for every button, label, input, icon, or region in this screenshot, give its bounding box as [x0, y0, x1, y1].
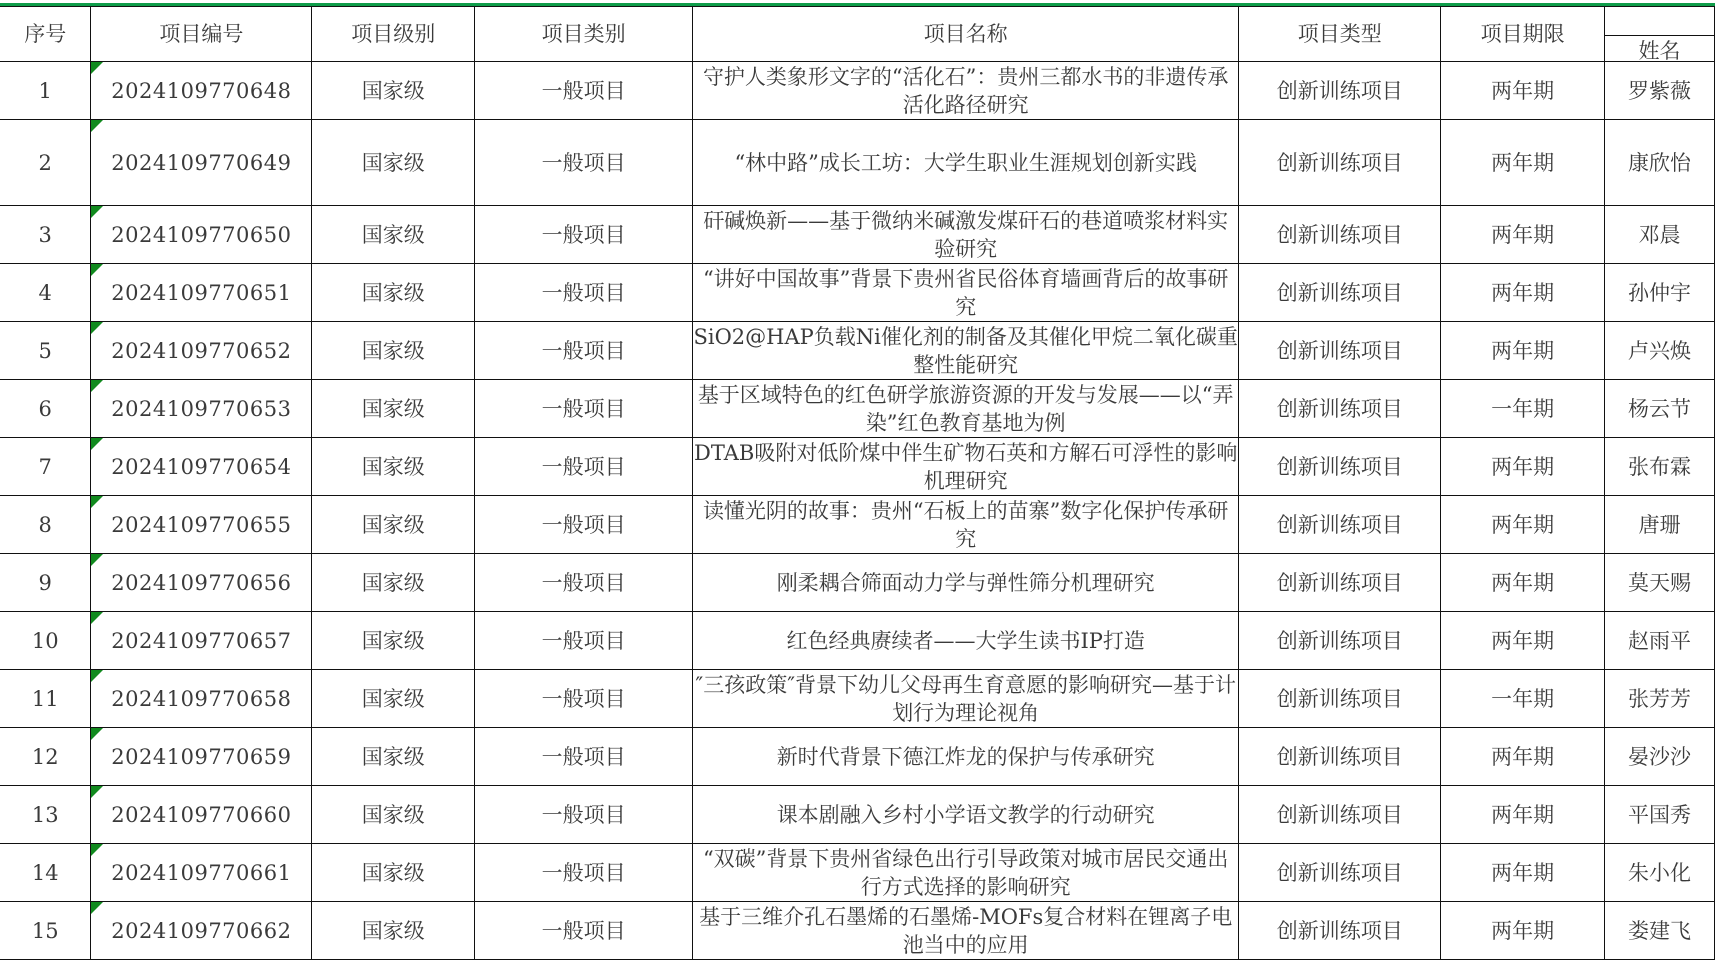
code-cell-text: 2024109770660 — [111, 803, 291, 827]
person-cell-text: 朱小化 — [1628, 861, 1691, 885]
project-name-cell[interactable]: 读懂光阴的故事：贵州“石板上的苗寨”数字化保护传承研究 — [692, 496, 1238, 554]
table-row: 102024109770657国家级一般项目红色经典赓续者——大学生读书IP打造… — [0, 612, 1715, 670]
project-name-cell[interactable]: 新时代背景下德江炸龙的保护与传承研究 — [692, 728, 1238, 786]
category-cell[interactable]: 一般项目 — [475, 264, 693, 322]
code-cell[interactable]: 2024109770651 — [91, 264, 312, 322]
comment-indicator-icon — [91, 322, 103, 334]
seq-cell-text: 2 — [39, 151, 52, 175]
comment-indicator-icon — [91, 438, 103, 450]
project-name-cell[interactable]: 课本剧融入乡村小学语文教学的行动研究 — [692, 786, 1238, 844]
project-name-cell[interactable]: 守护人类象形文字的“活化石”：贵州三都水书的非遗传承活化路径研究 — [692, 62, 1238, 120]
level-cell-text: 国家级 — [362, 281, 425, 305]
code-cell[interactable]: 2024109770655 — [91, 496, 312, 554]
seq-cell-text: 5 — [39, 339, 52, 363]
category-cell[interactable]: 一般项目 — [475, 844, 693, 902]
term-cell-text: 两年期 — [1491, 151, 1554, 175]
project-name-cell-text: 基于三维介孔石墨烯的石墨烯-MOFs复合材料在锂离子电池当中的应用 — [699, 905, 1232, 957]
level-cell[interactable]: 国家级 — [312, 438, 475, 496]
person-cell-text: 平国秀 — [1628, 803, 1691, 827]
category-cell[interactable]: 一般项目 — [475, 322, 693, 380]
seq-cell-text: 7 — [39, 455, 52, 479]
header-code[interactable]: 项目编号 — [91, 7, 312, 62]
code-cell[interactable]: 2024109770658 — [91, 670, 312, 728]
term-cell[interactable]: 一年期 — [1441, 670, 1605, 728]
comment-indicator-icon — [91, 206, 103, 218]
category-cell-text: 一般项目 — [542, 571, 626, 595]
header-person-label: 姓名 — [1605, 36, 1714, 62]
type-cell[interactable]: 创新训练项目 — [1239, 62, 1441, 120]
table-row: 32024109770650国家级一般项目矸碱焕新——基于微纳米碱激发煤矸石的巷… — [0, 206, 1715, 264]
category-cell[interactable]: 一般项目 — [475, 728, 693, 786]
table-body: 12024109770648国家级一般项目守护人类象形文字的“活化石”：贵州三都… — [0, 62, 1715, 960]
seq-cell[interactable]: 13 — [0, 786, 91, 844]
seq-cell[interactable]: 8 — [0, 496, 91, 554]
comment-indicator-icon — [91, 728, 103, 740]
category-cell[interactable]: 一般项目 — [475, 496, 693, 554]
term-cell[interactable]: 两年期 — [1441, 786, 1605, 844]
category-cell-text: 一般项目 — [542, 281, 626, 305]
seq-cell-text: 10 — [32, 629, 59, 653]
project-name-cell[interactable]: 基于区域特色的红色研学旅游资源的开发与发展——以“弄染”红色教育基地为例 — [692, 380, 1238, 438]
project-name-cell-text: “林中路”成长工坊：大学生职业生涯规划创新实践 — [734, 151, 1196, 175]
category-cell-text: 一般项目 — [542, 339, 626, 363]
level-cell-text: 国家级 — [362, 223, 425, 247]
person-cell[interactable]: 杨云节 — [1605, 380, 1715, 438]
type-cell-text: 创新训练项目 — [1277, 281, 1403, 305]
category-cell-text: 一般项目 — [542, 919, 626, 943]
category-cell-text: 一般项目 — [542, 629, 626, 653]
person-cell-text: 张芳芳 — [1628, 687, 1691, 711]
level-cell-text: 国家级 — [362, 629, 425, 653]
code-cell-text: 2024109770655 — [111, 513, 291, 537]
project-name-cell-text: ″三孩政策″背景下幼儿父母再生育意愿的影响研究—基于计划行为理论视角 — [695, 673, 1236, 725]
person-cell-text: 娄建飞 — [1628, 919, 1691, 943]
project-name-cell-text: 读懂光阴的故事：贵州“石板上的苗寨”数字化保护传承研究 — [703, 499, 1228, 551]
level-cell-text: 国家级 — [362, 339, 425, 363]
project-name-cell[interactable]: 基于三维介孔石墨烯的石墨烯-MOFs复合材料在锂离子电池当中的应用 — [692, 902, 1238, 960]
header-row: 序号 项目编号 项目级别 项目类别 项目名称 项目类型 项目期限 姓名 — [0, 7, 1715, 62]
project-name-cell[interactable]: “双碳”背景下贵州省绿色出行引导政策对城市居民交通出行方式选择的影响研究 — [692, 844, 1238, 902]
term-cell[interactable]: 两年期 — [1441, 264, 1605, 322]
project-name-cell-text: DTAB吸附对低阶煤中伴生矿物石英和方解石可浮性的影响机理研究 — [694, 441, 1237, 493]
header-person[interactable]: 姓名 — [1605, 7, 1715, 62]
comment-indicator-icon — [91, 612, 103, 624]
project-name-cell-text: 守护人类象形文字的“活化石”：贵州三都水书的非遗传承活化路径研究 — [703, 65, 1228, 117]
person-cell-text: 康欣怡 — [1628, 151, 1691, 175]
term-cell-text: 两年期 — [1491, 513, 1554, 537]
type-cell[interactable]: 创新训练项目 — [1239, 380, 1441, 438]
person-cell[interactable]: 唐珊 — [1605, 496, 1715, 554]
code-cell[interactable]: 2024109770656 — [91, 554, 312, 612]
code-cell-text: 2024109770657 — [111, 629, 291, 653]
level-cell[interactable]: 国家级 — [312, 380, 475, 438]
level-cell[interactable]: 国家级 — [312, 264, 475, 322]
term-cell[interactable]: 两年期 — [1441, 902, 1605, 960]
type-cell-text: 创新训练项目 — [1277, 803, 1403, 827]
person-cell-text: 晏沙沙 — [1628, 745, 1691, 769]
type-cell[interactable]: 创新训练项目 — [1239, 670, 1441, 728]
seq-cell-text: 4 — [39, 281, 52, 305]
seq-cell[interactable]: 12 — [0, 728, 91, 786]
term-cell[interactable]: 两年期 — [1441, 206, 1605, 264]
person-cell-text: 孙仲宇 — [1628, 281, 1691, 305]
person-cell[interactable]: 卢兴焕 — [1605, 322, 1715, 380]
category-cell[interactable]: 一般项目 — [475, 206, 693, 264]
seq-cell[interactable]: 6 — [0, 380, 91, 438]
comment-indicator-icon — [91, 264, 103, 276]
person-cell[interactable]: 邓晨 — [1605, 206, 1715, 264]
person-cell-text: 杨云节 — [1628, 397, 1691, 421]
type-cell[interactable]: 创新训练项目 — [1239, 902, 1441, 960]
category-cell[interactable]: 一般项目 — [475, 786, 693, 844]
level-cell-text: 国家级 — [362, 861, 425, 885]
person-cell[interactable]: 罗紫薇 — [1605, 62, 1715, 120]
code-cell-text: 2024109770661 — [111, 861, 291, 885]
table-row: 92024109770656国家级一般项目刚柔耦合筛面动力学与弹性筛分机理研究创… — [0, 554, 1715, 612]
level-cell-text: 国家级 — [362, 513, 425, 537]
header-name[interactable]: 项目名称 — [692, 7, 1238, 62]
comment-indicator-icon — [91, 120, 103, 132]
seq-cell[interactable]: 10 — [0, 612, 91, 670]
code-cell[interactable]: 2024109770650 — [91, 206, 312, 264]
category-cell-text: 一般项目 — [542, 861, 626, 885]
header-category[interactable]: 项目类别 — [475, 7, 693, 62]
seq-cell[interactable]: 15 — [0, 902, 91, 960]
table-row: 132024109770660国家级一般项目课本剧融入乡村小学语文教学的行动研究… — [0, 786, 1715, 844]
person-cell[interactable]: 张芳芳 — [1605, 670, 1715, 728]
level-cell-text: 国家级 — [362, 455, 425, 479]
code-cell-text: 2024109770648 — [111, 79, 291, 103]
seq-cell-text: 11 — [32, 687, 59, 711]
type-cell-text: 创新训练项目 — [1277, 339, 1403, 363]
type-cell[interactable]: 创新训练项目 — [1239, 554, 1441, 612]
level-cell[interactable]: 国家级 — [312, 496, 475, 554]
project-name-cell-text: 刚柔耦合筛面动力学与弹性筛分机理研究 — [777, 571, 1155, 595]
project-name-cell-text: “双碳”背景下贵州省绿色出行引导政策对城市居民交通出行方式选择的影响研究 — [703, 847, 1228, 899]
seq-cell[interactable]: 5 — [0, 322, 91, 380]
project-name-cell[interactable]: ″三孩政策″背景下幼儿父母再生育意愿的影响研究—基于计划行为理论视角 — [692, 670, 1238, 728]
type-cell-text: 创新训练项目 — [1277, 629, 1403, 653]
project-name-cell[interactable]: 红色经典赓续者——大学生读书IP打造 — [692, 612, 1238, 670]
level-cell[interactable]: 国家级 — [312, 322, 475, 380]
category-cell-text: 一般项目 — [542, 745, 626, 769]
code-cell-text: 2024109770662 — [111, 919, 291, 943]
seq-cell-text: 14 — [32, 861, 59, 885]
seq-cell[interactable]: 3 — [0, 206, 91, 264]
person-cell-text: 罗紫薇 — [1628, 79, 1691, 103]
type-cell-text: 创新训练项目 — [1277, 223, 1403, 247]
project-name-cell[interactable]: 刚柔耦合筛面动力学与弹性筛分机理研究 — [692, 554, 1238, 612]
term-cell[interactable]: 两年期 — [1441, 438, 1605, 496]
comment-indicator-icon — [91, 902, 103, 914]
type-cell-text: 创新训练项目 — [1277, 861, 1403, 885]
term-cell[interactable]: 两年期 — [1441, 496, 1605, 554]
seq-cell[interactable]: 11 — [0, 670, 91, 728]
code-cell-text: 2024109770656 — [111, 571, 291, 595]
person-cell-text: 赵雨平 — [1628, 629, 1691, 653]
level-cell[interactable]: 国家级 — [312, 120, 475, 206]
category-cell-text: 一般项目 — [542, 513, 626, 537]
category-cell-text: 一般项目 — [542, 151, 626, 175]
code-cell[interactable]: 2024109770660 — [91, 786, 312, 844]
table-row: 112024109770658国家级一般项目″三孩政策″背景下幼儿父母再生育意愿… — [0, 670, 1715, 728]
project-name-cell[interactable]: “林中路”成长工坊：大学生职业生涯规划创新实践 — [692, 120, 1238, 206]
level-cell[interactable]: 国家级 — [312, 902, 475, 960]
code-cell[interactable]: 2024109770652 — [91, 322, 312, 380]
project-name-cell-text: 矸碱焕新——基于微纳米碱激发煤矸石的巷道喷浆材料实验研究 — [703, 209, 1228, 261]
project-name-cell[interactable]: DTAB吸附对低阶煤中伴生矿物石英和方解石可浮性的影响机理研究 — [692, 438, 1238, 496]
comment-indicator-icon — [91, 670, 103, 682]
level-cell-text: 国家级 — [362, 919, 425, 943]
seq-cell-text: 1 — [39, 79, 52, 103]
level-cell[interactable]: 国家级 — [312, 62, 475, 120]
category-cell[interactable]: 一般项目 — [475, 612, 693, 670]
seq-cell-text: 13 — [32, 803, 59, 827]
type-cell[interactable]: 创新训练项目 — [1239, 612, 1441, 670]
table-row: 42024109770651国家级一般项目“讲好中国故事”背景下贵州省民俗体育墙… — [0, 264, 1715, 322]
category-cell[interactable]: 一般项目 — [475, 670, 693, 728]
term-cell[interactable]: 两年期 — [1441, 120, 1605, 206]
table-row: 62024109770653国家级一般项目基于区域特色的红色研学旅游资源的开发与… — [0, 380, 1715, 438]
header-level[interactable]: 项目级别 — [312, 7, 475, 62]
code-cell[interactable]: 2024109770662 — [91, 902, 312, 960]
seq-cell[interactable]: 2 — [0, 120, 91, 206]
type-cell[interactable]: 创新训练项目 — [1239, 206, 1441, 264]
person-cell-text: 卢兴焕 — [1628, 339, 1691, 363]
category-cell[interactable]: 一般项目 — [475, 62, 693, 120]
term-cell-text: 一年期 — [1491, 397, 1554, 421]
project-name-cell-text: 基于区域特色的红色研学旅游资源的开发与发展——以“弄染”红色教育基地为例 — [698, 383, 1234, 435]
level-cell[interactable]: 国家级 — [312, 612, 475, 670]
term-cell[interactable]: 两年期 — [1441, 322, 1605, 380]
seq-cell[interactable]: 9 — [0, 554, 91, 612]
header-type[interactable]: 项目类型 — [1239, 7, 1441, 62]
table-row: 142024109770661国家级一般项目“双碳”背景下贵州省绿色出行引导政策… — [0, 844, 1715, 902]
type-cell[interactable]: 创新训练项目 — [1239, 438, 1441, 496]
category-cell-text: 一般项目 — [542, 397, 626, 421]
term-cell-text: 两年期 — [1491, 455, 1554, 479]
term-cell-text: 两年期 — [1491, 339, 1554, 363]
table-row: 52024109770652国家级一般项目SiO2@HAP负载Ni催化剂的制备及… — [0, 322, 1715, 380]
category-cell[interactable]: 一般项目 — [475, 380, 693, 438]
comment-indicator-icon — [91, 554, 103, 566]
table-row: 12024109770648国家级一般项目守护人类象形文字的“活化石”：贵州三都… — [0, 62, 1715, 120]
category-cell[interactable]: 一般项目 — [475, 902, 693, 960]
seq-cell-text: 3 — [39, 223, 52, 247]
person-cell[interactable]: 赵雨平 — [1605, 612, 1715, 670]
table-row: 82024109770655国家级一般项目读懂光阴的故事：贵州“石板上的苗寨”数… — [0, 496, 1715, 554]
term-cell[interactable]: 两年期 — [1441, 728, 1605, 786]
header-seq[interactable]: 序号 — [0, 7, 91, 62]
type-cell-text: 创新训练项目 — [1277, 513, 1403, 537]
category-cell-text: 一般项目 — [542, 803, 626, 827]
project-table: 序号 项目编号 项目级别 项目类别 项目名称 项目类型 项目期限 姓名 1202… — [0, 6, 1715, 960]
level-cell[interactable]: 国家级 — [312, 206, 475, 264]
project-name-cell-text: “讲好中国故事”背景下贵州省民俗体育墙画背后的故事研究 — [703, 267, 1228, 319]
seq-cell-text: 6 — [39, 397, 52, 421]
project-name-cell[interactable]: “讲好中国故事”背景下贵州省民俗体育墙画背后的故事研究 — [692, 264, 1238, 322]
level-cell[interactable]: 国家级 — [312, 670, 475, 728]
level-cell[interactable]: 国家级 — [312, 554, 475, 612]
person-cell-text: 张布霖 — [1628, 455, 1691, 479]
person-cell-text: 唐珊 — [1639, 513, 1681, 537]
person-cell[interactable]: 康欣怡 — [1605, 120, 1715, 206]
person-cell[interactable]: 张布霖 — [1605, 438, 1715, 496]
term-cell-text: 两年期 — [1491, 281, 1554, 305]
type-cell-text: 创新训练项目 — [1277, 571, 1403, 595]
type-cell[interactable]: 创新训练项目 — [1239, 844, 1441, 902]
seq-cell-text: 8 — [39, 513, 52, 537]
level-cell-text: 国家级 — [362, 571, 425, 595]
category-cell-text: 一般项目 — [542, 455, 626, 479]
level-cell-text: 国家级 — [362, 745, 425, 769]
term-cell[interactable]: 一年期 — [1441, 380, 1605, 438]
project-name-cell-text: 红色经典赓续者——大学生读书IP打造 — [786, 629, 1144, 653]
type-cell-text: 创新训练项目 — [1277, 687, 1403, 711]
project-name-cell-text: 课本剧融入乡村小学语文教学的行动研究 — [777, 803, 1155, 827]
seq-cell[interactable]: 1 — [0, 62, 91, 120]
category-cell[interactable]: 一般项目 — [475, 554, 693, 612]
code-cell-text: 2024109770654 — [111, 455, 291, 479]
code-cell[interactable]: 2024109770661 — [91, 844, 312, 902]
term-cell[interactable]: 两年期 — [1441, 554, 1605, 612]
code-cell-text: 2024109770651 — [111, 281, 291, 305]
comment-indicator-icon — [91, 496, 103, 508]
code-cell-text: 2024109770653 — [111, 397, 291, 421]
term-cell-text: 两年期 — [1491, 861, 1554, 885]
term-cell[interactable]: 两年期 — [1441, 62, 1605, 120]
type-cell[interactable]: 创新训练项目 — [1239, 728, 1441, 786]
person-cell-text: 莫天赐 — [1628, 571, 1691, 595]
code-cell[interactable]: 2024109770648 — [91, 62, 312, 120]
person-cell-text: 邓晨 — [1639, 223, 1681, 247]
term-cell-text: 两年期 — [1491, 919, 1554, 943]
level-cell-text: 国家级 — [362, 151, 425, 175]
level-cell-text: 国家级 — [362, 79, 425, 103]
seq-cell[interactable]: 4 — [0, 264, 91, 322]
type-cell-text: 创新训练项目 — [1277, 151, 1403, 175]
type-cell[interactable]: 创新训练项目 — [1239, 264, 1441, 322]
seq-cell[interactable]: 14 — [0, 844, 91, 902]
type-cell[interactable]: 创新训练项目 — [1239, 786, 1441, 844]
person-cell[interactable]: 孙仲宇 — [1605, 264, 1715, 322]
term-cell-text: 两年期 — [1491, 629, 1554, 653]
code-cell[interactable]: 2024109770654 — [91, 438, 312, 496]
seq-cell-text: 9 — [39, 571, 52, 595]
type-cell-text: 创新训练项目 — [1277, 919, 1403, 943]
term-cell-text: 两年期 — [1491, 223, 1554, 247]
code-cell[interactable]: 2024109770659 — [91, 728, 312, 786]
level-cell[interactable]: 国家级 — [312, 786, 475, 844]
type-cell-text: 创新训练项目 — [1277, 397, 1403, 421]
table-row: 152024109770662国家级一般项目基于三维介孔石墨烯的石墨烯-MOFs… — [0, 902, 1715, 960]
code-cell-text: 2024109770658 — [111, 687, 291, 711]
category-cell-text: 一般项目 — [542, 79, 626, 103]
code-cell[interactable]: 2024109770653 — [91, 380, 312, 438]
person-cell[interactable]: 莫天赐 — [1605, 554, 1715, 612]
comment-indicator-icon — [91, 786, 103, 798]
table-row: 122024109770659国家级一般项目新时代背景下德江炸龙的保护与传承研究… — [0, 728, 1715, 786]
person-cell[interactable]: 朱小化 — [1605, 844, 1715, 902]
table-row: 22024109770649国家级一般项目“林中路”成长工坊：大学生职业生涯规划… — [0, 120, 1715, 206]
term-cell-text: 两年期 — [1491, 745, 1554, 769]
term-cell[interactable]: 两年期 — [1441, 844, 1605, 902]
project-name-cell[interactable]: SiO2@HAP负载Ni催化剂的制备及其催化甲烷二氧化碳重整性能研究 — [692, 322, 1238, 380]
term-cell-text: 两年期 — [1491, 803, 1554, 827]
table-row: 72024109770654国家级一般项目DTAB吸附对低阶煤中伴生矿物石英和方… — [0, 438, 1715, 496]
type-cell[interactable]: 创新训练项目 — [1239, 120, 1441, 206]
code-cell-text: 2024109770659 — [111, 745, 291, 769]
person-cell[interactable]: 娄建飞 — [1605, 902, 1715, 960]
comment-indicator-icon — [91, 62, 103, 74]
level-cell[interactable]: 国家级 — [312, 844, 475, 902]
header-term[interactable]: 项目期限 — [1441, 7, 1605, 62]
term-cell-text: 两年期 — [1491, 571, 1554, 595]
code-cell[interactable]: 2024109770657 — [91, 612, 312, 670]
level-cell-text: 国家级 — [362, 687, 425, 711]
code-cell-text: 2024109770652 — [111, 339, 291, 363]
category-cell[interactable]: 一般项目 — [475, 120, 693, 206]
level-cell-text: 国家级 — [362, 803, 425, 827]
term-cell[interactable]: 两年期 — [1441, 612, 1605, 670]
category-cell-text: 一般项目 — [542, 223, 626, 247]
category-cell-text: 一般项目 — [542, 687, 626, 711]
seq-cell-text: 15 — [32, 919, 59, 943]
seq-cell-text: 12 — [32, 745, 59, 769]
type-cell[interactable]: 创新训练项目 — [1239, 496, 1441, 554]
project-name-cell-text: SiO2@HAP负载Ni催化剂的制备及其催化甲烷二氧化碳重整性能研究 — [693, 325, 1237, 377]
level-cell[interactable]: 国家级 — [312, 728, 475, 786]
project-name-cell-text: 新时代背景下德江炸龙的保护与传承研究 — [777, 745, 1155, 769]
type-cell-text: 创新训练项目 — [1277, 745, 1403, 769]
person-cell[interactable]: 晏沙沙 — [1605, 728, 1715, 786]
level-cell-text: 国家级 — [362, 397, 425, 421]
category-cell[interactable]: 一般项目 — [475, 438, 693, 496]
seq-cell[interactable]: 7 — [0, 438, 91, 496]
type-cell[interactable]: 创新训练项目 — [1239, 322, 1441, 380]
comment-indicator-icon — [91, 844, 103, 856]
comment-indicator-icon — [91, 380, 103, 392]
code-cell[interactable]: 2024109770649 — [91, 120, 312, 206]
person-cell[interactable]: 平国秀 — [1605, 786, 1715, 844]
term-cell-text: 两年期 — [1491, 79, 1554, 103]
type-cell-text: 创新训练项目 — [1277, 455, 1403, 479]
project-name-cell[interactable]: 矸碱焕新——基于微纳米碱激发煤矸石的巷道喷浆材料实验研究 — [692, 206, 1238, 264]
term-cell-text: 一年期 — [1491, 687, 1554, 711]
code-cell-text: 2024109770650 — [111, 223, 291, 247]
code-cell-text: 2024109770649 — [111, 151, 291, 175]
type-cell-text: 创新训练项目 — [1277, 79, 1403, 103]
